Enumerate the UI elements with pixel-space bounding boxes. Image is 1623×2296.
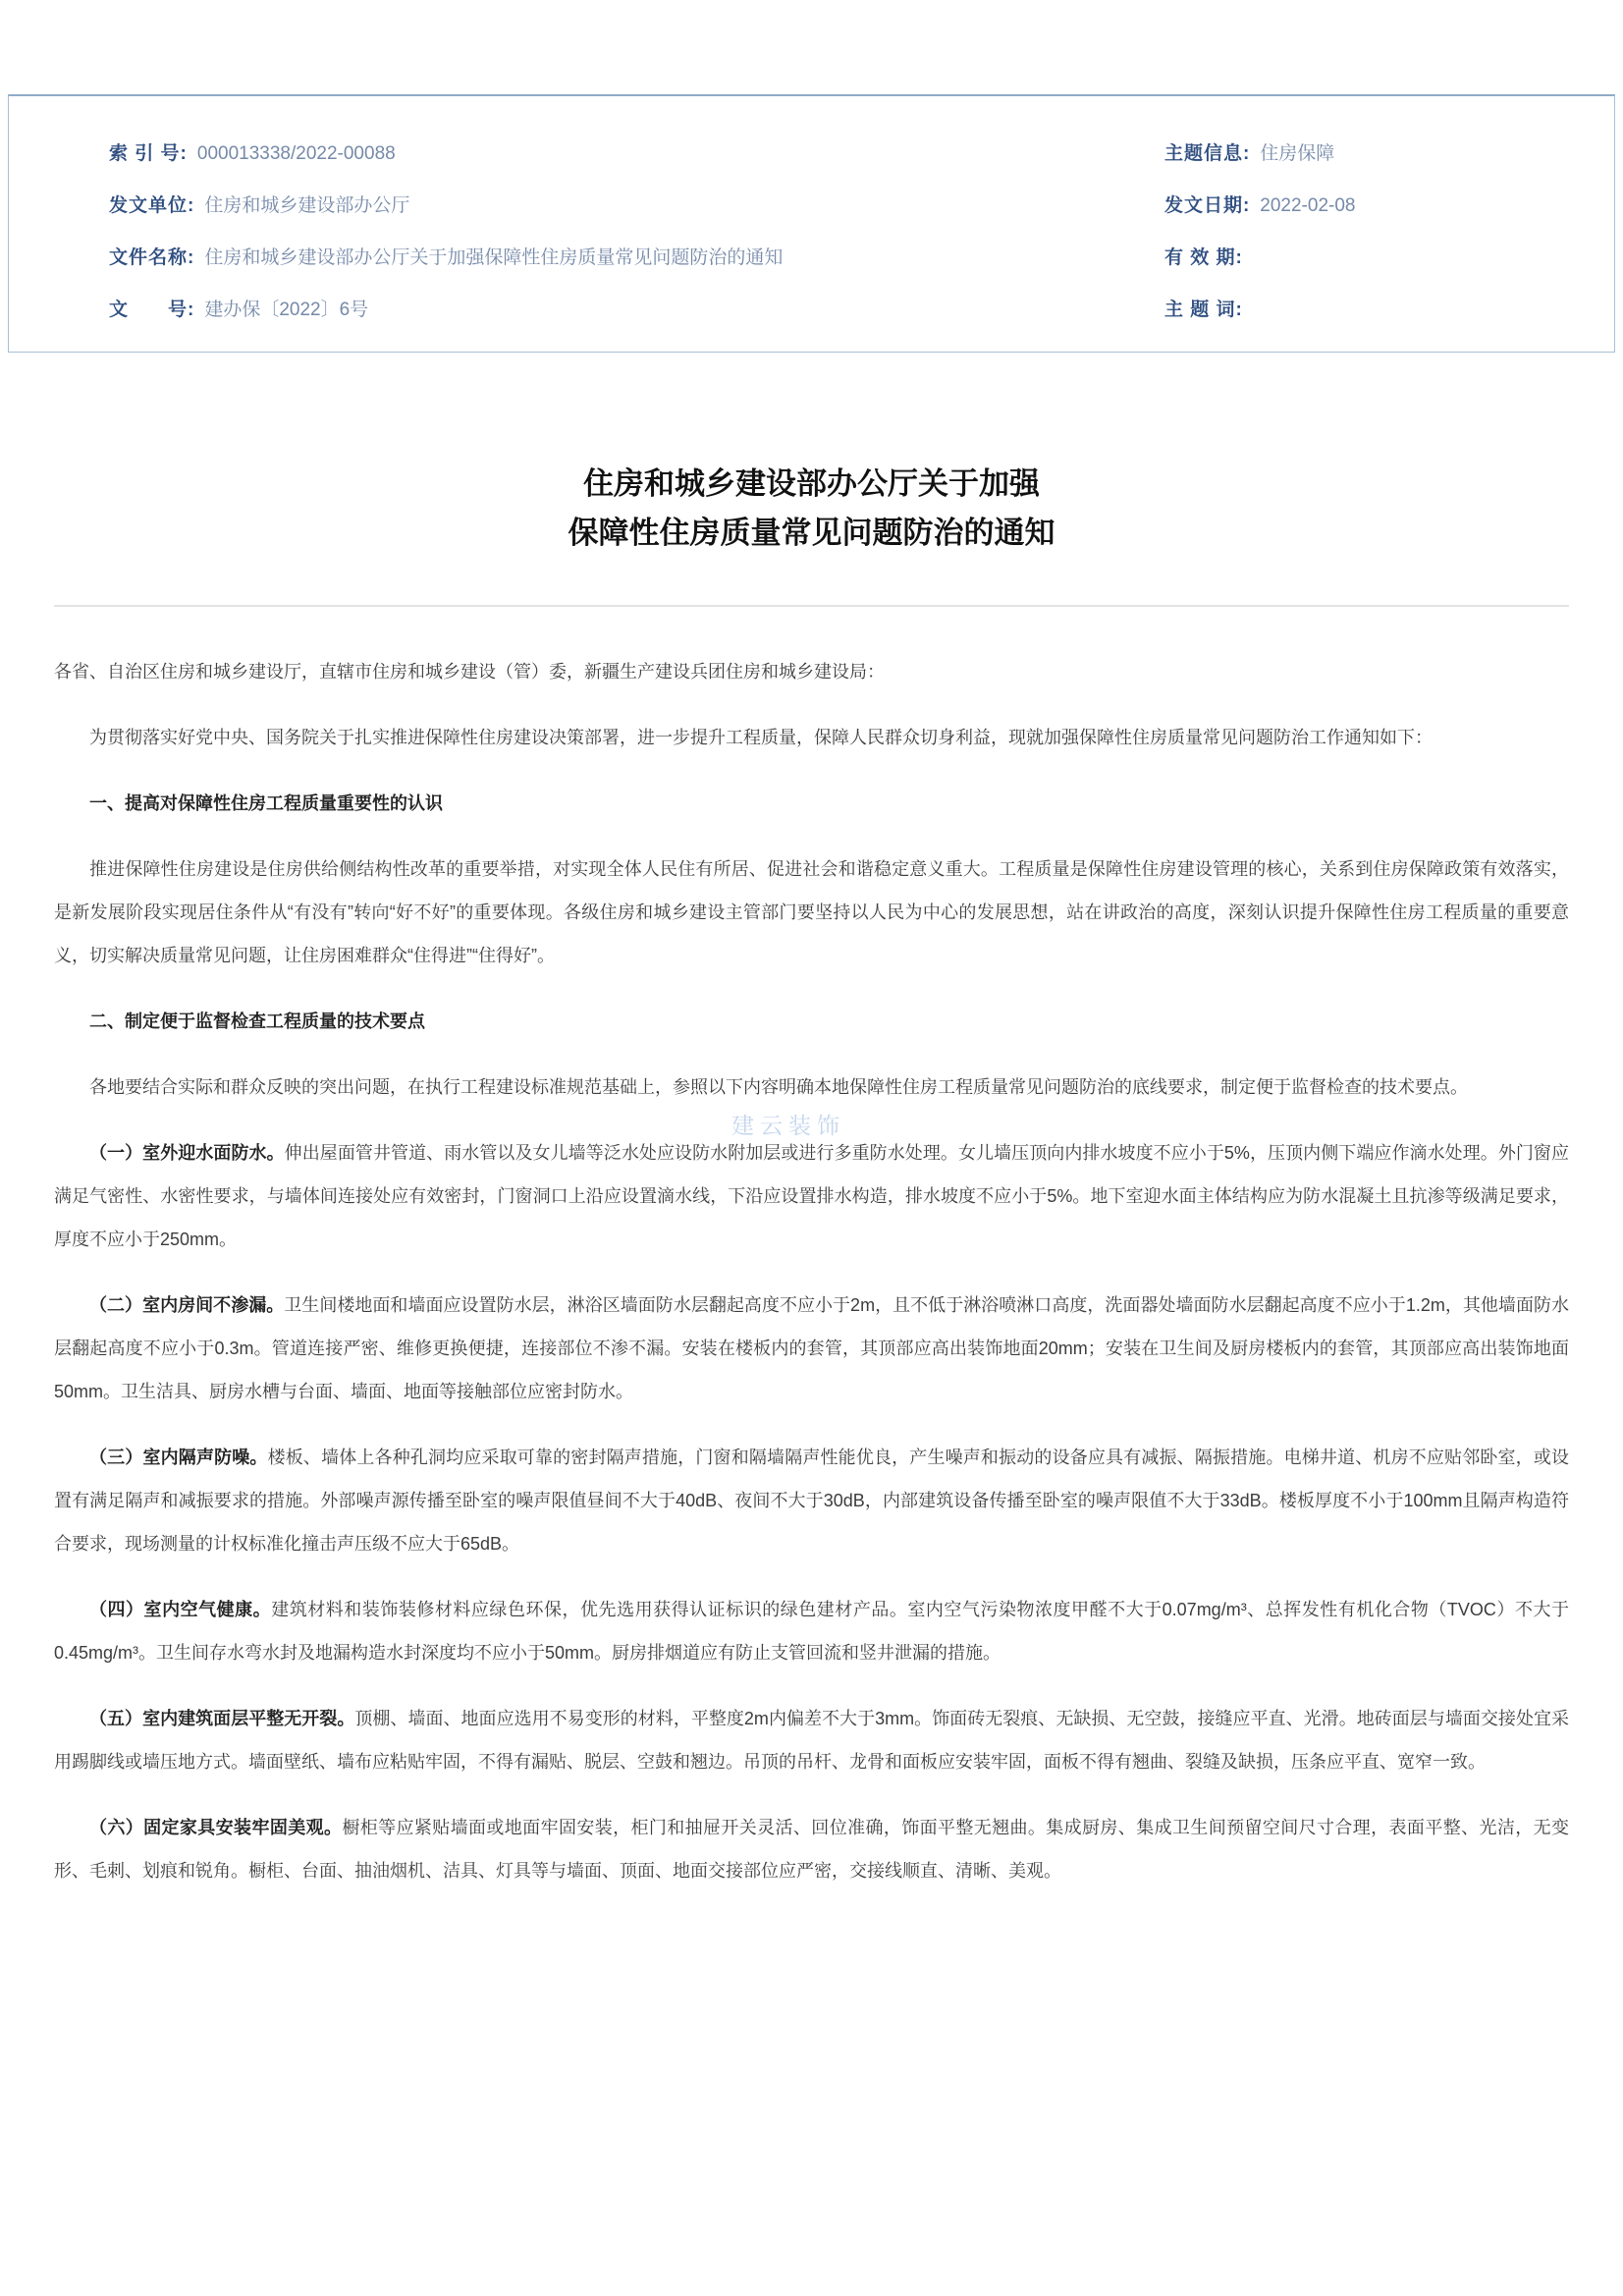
item-3-paragraph: （三）室内隔声防噪。楼板、墙体上各种孔洞均应采取可靠的密封隔声措施，门窗和隔墙隔… <box>54 1436 1569 1565</box>
page-title-line1: 住房和城乡建设部办公厅关于加强 <box>0 460 1623 509</box>
item-4-lead: （四）室内空气健康。 <box>89 1600 271 1619</box>
meta-label-document-number: 文 号: <box>109 300 194 320</box>
title-divider <box>54 605 1569 607</box>
item-1-paragraph: （一）室外迎水面防水。伸出屋面管井管道、雨水管以及女儿墙等泛水处应设防水附加层或… <box>54 1131 1569 1261</box>
item-4-text: 建筑材料和装饰装修材料应绿色环保，优先选用获得认证标识的绿色建材产品。室内空气污… <box>54 1600 1569 1663</box>
meta-label-document-name: 文件名称: <box>109 247 194 268</box>
meta-label-issuing-unit: 发文单位: <box>109 195 194 216</box>
meta-label-validity-period: 有 效 期: <box>1164 247 1243 268</box>
greeting-paragraph: 各省、自治区住房和城乡建设厅，直辖市住房和城乡建设（管）委，新疆生产建设兵团住房… <box>54 650 1569 693</box>
meta-value-issuing-unit: 住房和城乡建设部办公厅 <box>204 195 409 216</box>
item-3-text: 楼板、墙体上各种孔洞均应采取可靠的密封隔声措施，门窗和隔墙隔声性能优良，产生噪声… <box>54 1448 1569 1554</box>
meta-value-document-number: 建办保〔2022〕6号 <box>204 300 368 320</box>
meta-row-index-number: 索 引 号:000013338/2022-00088 <box>109 143 1164 165</box>
meta-row-document-name: 文件名称:住房和城乡建设部办公厅关于加强保障性住房质量常见问题防治的通知 <box>109 247 1164 269</box>
meta-row-subject-words: 主 题 词: <box>1164 300 1575 321</box>
meta-label-issue-date: 发文日期: <box>1164 195 1250 216</box>
item-5-lead: （五）室内建筑面层平整无开裂。 <box>89 1709 354 1728</box>
meta-row-topic-info: 主题信息:住房保障 <box>1164 143 1575 165</box>
page-title: 住房和城乡建设部办公厅关于加强 保障性住房质量常见问题防治的通知 <box>0 460 1623 558</box>
meta-label-index-number: 索 引 号: <box>109 143 188 164</box>
section-1-paragraph: 推进保障性住房建设是住房供给侧结构性改革的重要举措，对实现全体人民住有所居、促进… <box>54 847 1569 977</box>
metadata-left-column: 索 引 号:000013338/2022-00088 发文单位:住房和城乡建设部… <box>109 143 1164 316</box>
meta-label-topic-info: 主题信息: <box>1164 143 1250 164</box>
item-3-lead: （三）室内隔声防噪。 <box>89 1448 268 1467</box>
meta-row-issue-date: 发文日期:2022-02-08 <box>1164 195 1575 217</box>
item-6-paragraph: （六）固定家具安装牢固美观。橱柜等应紧贴墙面或地面牢固安装，柜门和抽屉开关灵活、… <box>54 1806 1569 1892</box>
item-5-paragraph: （五）室内建筑面层平整无开裂。顶棚、墙面、地面应选用不易变形的材料，平整度2m内… <box>54 1697 1569 1783</box>
meta-value-issue-date: 2022-02-08 <box>1260 195 1355 216</box>
document-page: 索 引 号:000013338/2022-00088 发文单位:住房和城乡建设部… <box>0 0 1623 2296</box>
meta-row-validity-period: 有 效 期: <box>1164 247 1575 269</box>
meta-row-issuing-unit: 发文单位:住房和城乡建设部办公厅 <box>109 195 1164 217</box>
metadata-right-column: 主题信息:住房保障 发文日期:2022-02-08 有 效 期: 主 题 词: <box>1164 143 1575 316</box>
document-body: 各省、自治区住房和城乡建设厅，直辖市住房和城乡建设（管）委，新疆生产建设兵团住房… <box>54 650 1569 1915</box>
section-1-heading: 一、提高对保障性住房工程质量重要性的认识 <box>54 782 1569 825</box>
meta-value-document-name: 住房和城乡建设部办公厅关于加强保障性住房质量常见问题防治的通知 <box>204 247 783 268</box>
meta-value-topic-info: 住房保障 <box>1260 143 1334 164</box>
meta-row-document-number: 文 号:建办保〔2022〕6号 <box>109 300 1164 321</box>
item-1-lead: （一）室外迎水面防水。 <box>89 1143 285 1163</box>
section-2-heading: 二、制定便于监督检查工程质量的技术要点 <box>54 1000 1569 1043</box>
intro-paragraph: 为贯彻落实好党中央、国务院关于扎实推进保障性住房建设决策部署，进一步提升工程质量… <box>54 716 1569 759</box>
section-2-paragraph: 各地要结合实际和群众反映的突出问题，在执行工程建设标准规范基础上，参照以下内容明… <box>54 1066 1569 1109</box>
metadata-box: 索 引 号:000013338/2022-00088 发文单位:住房和城乡建设部… <box>8 94 1615 353</box>
item-6-lead: （六）固定家具安装牢固美观。 <box>89 1818 342 1837</box>
meta-value-index-number: 000013338/2022-00088 <box>197 143 396 164</box>
meta-label-subject-words: 主 题 词: <box>1164 300 1243 320</box>
item-2-paragraph: （二）室内房间不渗漏。卫生间楼地面和墙面应设置防水层，淋浴区墙面防水层翻起高度不… <box>54 1284 1569 1413</box>
page-title-line2: 保障性住房质量常见问题防治的通知 <box>0 509 1623 558</box>
item-4-paragraph: （四）室内空气健康。建筑材料和装饰装修材料应绿色环保，优先选用获得认证标识的绿色… <box>54 1588 1569 1674</box>
item-2-lead: （二）室内房间不渗漏。 <box>89 1295 284 1315</box>
